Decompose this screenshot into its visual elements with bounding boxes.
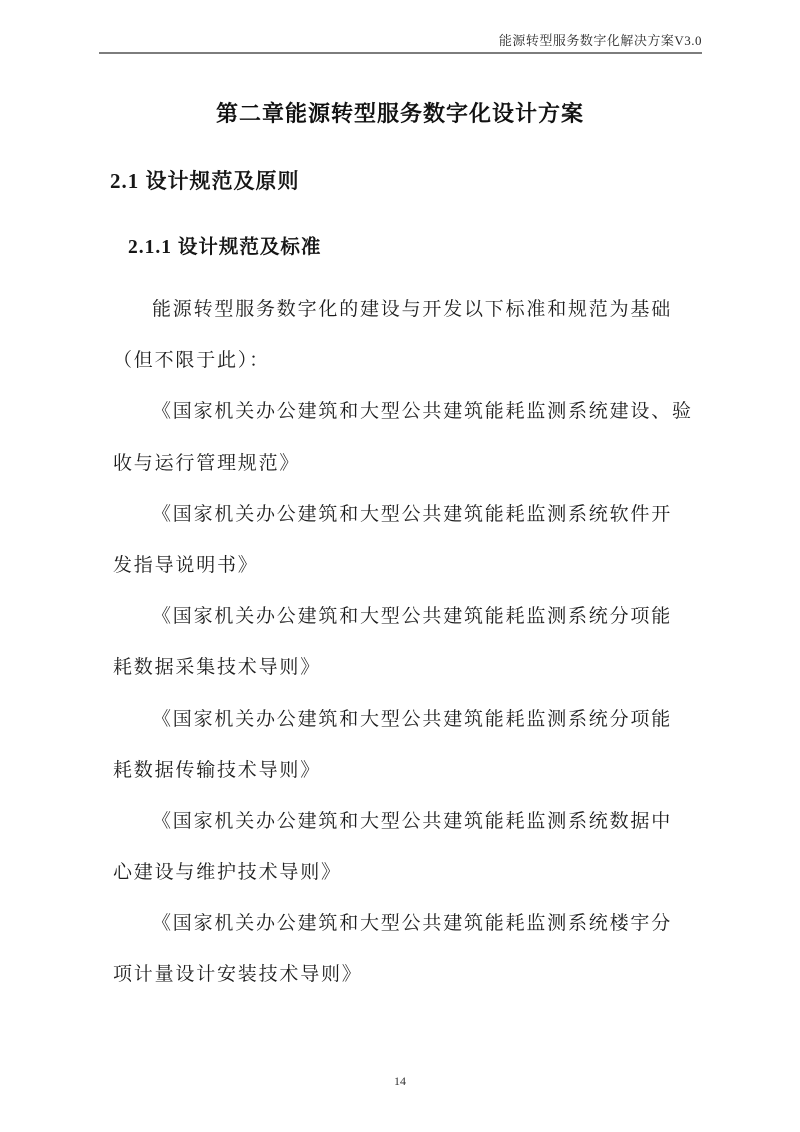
body-line: （但不限于此）： [113, 335, 753, 386]
page-header: 能源转型服务数字化解决方案V3.0 [99, 33, 702, 54]
page-number: 14 [394, 1074, 406, 1088]
section-heading-2-1: 2.1 设计规范及原则 [110, 165, 300, 195]
body-line: 耗数据传输技术导则》 [113, 745, 753, 796]
body-line: 《国家机关办公建筑和大型公共建筑能耗监测系统分项能 [113, 694, 753, 745]
para-standard-4: 《国家机关办公建筑和大型公共建筑能耗监测系统分项能 耗数据传输技术导则》 [113, 694, 753, 796]
subsection-heading-2-1-1: 2.1.1 设计规范及标准 [128, 231, 321, 259]
body-line: 《国家机关办公建筑和大型公共建筑能耗监测系统数据中 [113, 796, 753, 847]
body-line: 心建设与维护技术导则》 [113, 847, 753, 898]
body-line: 《国家机关办公建筑和大型公共建筑能耗监测系统楼宇分 [113, 898, 753, 949]
body-line: 《国家机关办公建筑和大型公共建筑能耗监测系统分项能 [113, 591, 753, 642]
para-standard-1: 《国家机关办公建筑和大型公共建筑能耗监测系统建设、验 收与运行管理规范》 [113, 386, 753, 488]
body-line: 项计量设计安装技术导则》 [113, 949, 753, 1000]
para-standard-5: 《国家机关办公建筑和大型公共建筑能耗监测系统数据中 心建设与维护技术导则》 [113, 796, 753, 898]
running-header-title: 能源转型服务数字化解决方案V3.0 [499, 33, 702, 48]
document-body: 能源转型服务数字化的建设与开发以下标准和规范为基础 （但不限于此）： 《国家机关… [113, 284, 753, 1001]
para-standard-6: 《国家机关办公建筑和大型公共建筑能耗监测系统楼宇分 项计量设计安装技术导则》 [113, 898, 753, 1000]
body-line: 发指导说明书》 [113, 540, 753, 591]
body-line: 《国家机关办公建筑和大型公共建筑能耗监测系统软件开 [113, 489, 753, 540]
body-line: 耗数据采集技术导则》 [113, 642, 753, 693]
para-standard-2: 《国家机关办公建筑和大型公共建筑能耗监测系统软件开 发指导说明书》 [113, 489, 753, 591]
page-footer: 14 [0, 1074, 800, 1089]
document-page: 能源转型服务数字化解决方案V3.0 第二章能源转型服务数字化设计方案 2.1 设… [0, 0, 800, 1132]
body-line: 《国家机关办公建筑和大型公共建筑能耗监测系统建设、验 [113, 386, 753, 437]
body-line: 能源转型服务数字化的建设与开发以下标准和规范为基础 [113, 284, 753, 335]
body-line: 收与运行管理规范》 [113, 438, 753, 489]
para-intro: 能源转型服务数字化的建设与开发以下标准和规范为基础 （但不限于此）： [113, 284, 753, 386]
para-standard-3: 《国家机关办公建筑和大型公共建筑能耗监测系统分项能 耗数据采集技术导则》 [113, 591, 753, 693]
chapter-title: 第二章能源转型服务数字化设计方案 [0, 97, 800, 128]
